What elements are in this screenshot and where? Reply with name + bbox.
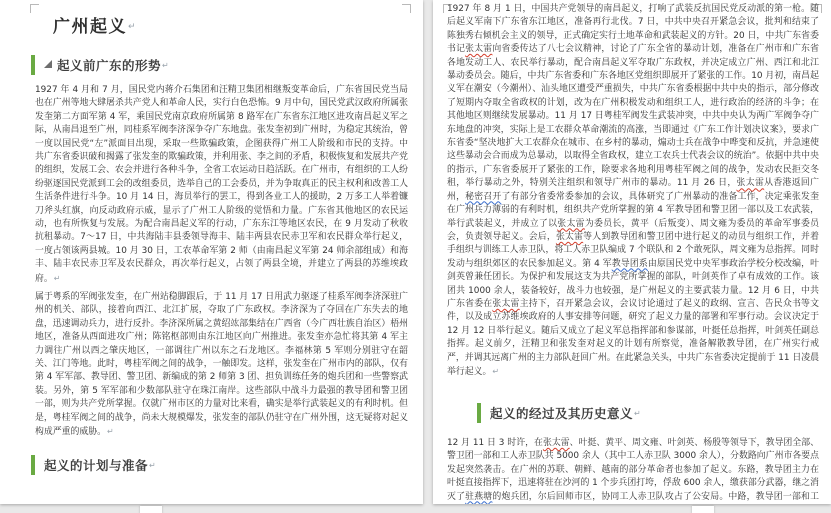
paragraph-mark: ↵ [149,461,156,470]
paragraph-mark: ↵ [492,367,499,376]
paragraph-mark: ↵ [107,427,114,436]
paragraph-mark: ↵ [634,409,641,418]
paragraph-plan-and-preparation[interactable]: 1927 年 8 月 1 日，中国共产党领导的南昌起义，打响了武装反抗国民党反动… [447,3,819,395]
proofing-squiggle: 驻燕塘 [465,492,492,502]
paragraph-guangdong-situation-1[interactable]: 1927 年 4 月和 7 月，国民党内蒋介石集团和汪精卫集团相继叛变革命后，广… [35,84,408,284]
paragraph-mark: ↵ [162,61,169,70]
document-title-text[interactable]: 广州起义 [53,17,127,37]
proofing-squiggle: 张太雷 [543,438,570,448]
proofing-squiggle: 教导团系 [612,259,648,269]
heading-text[interactable]: 起义的计划与准备 [44,456,148,474]
heading-plan-and-preparation[interactable]: 起义的计划与准备 ↵ [31,455,156,475]
heading-accent-bar [31,455,35,475]
heading-course-and-significance[interactable]: 起义的经过及其历史意义 ↵ [477,403,641,423]
heading-text[interactable]: 起义前广东的形势 [57,56,161,74]
paragraph-mark: ↵ [128,22,136,32]
word-document-view: 广州起义↵ 起义前广东的形势 ↵ 1927 年 4 月和 7 月，国民党内蒋介石… [0,0,831,513]
text-boundary-mark [402,4,411,13]
paragraph-mark: ↵ [54,274,61,283]
heading-text[interactable]: 起义的经过及其历史意义 [490,404,633,422]
next-page-top-edge [140,506,162,513]
proofing-squiggle: 张太雷 [737,178,765,188]
heading-accent-bar [477,403,481,423]
text-boundary-mark [30,4,39,13]
heading-accent-bar [31,55,35,75]
heading-situation-before-uprising[interactable]: 起义前广东的形势 ↵ [31,55,169,75]
proofing-squiggle: 张太雷 [465,44,492,54]
next-page-top-edge [692,506,714,513]
paragraph-uprising-course[interactable]: 12 月 11 日 3 时许，在张太雷、叶挺、黄平、周文雍、叶剑英、杨殷等领导下… [447,437,819,504]
document-title[interactable]: 广州起义↵ [53,12,136,37]
page-2: 1927 年 8 月 1 日，中国共产党领导的南昌起义，打响了武装反抗国民党反动… [433,0,831,504]
page-1: 广州起义↵ 起义前广东的形势 ↵ 1927 年 4 月和 7 月，国民党内蒋介石… [0,0,423,504]
proofing-squiggle: 张太雷 [556,232,583,242]
proofing-squiggle: 秘密召开 [465,192,501,202]
proofing-squiggle: 张太雷 [557,219,585,229]
proofing-squiggle: 张太雷 [492,299,519,309]
paragraph-guangdong-situation-2[interactable]: 属于粤系的军阀张发奎，在广州站稳脚跟后，于 11 月 17 日用武力驱逐了桂系军… [35,291,408,449]
outline-collapse-icon[interactable] [44,60,52,68]
